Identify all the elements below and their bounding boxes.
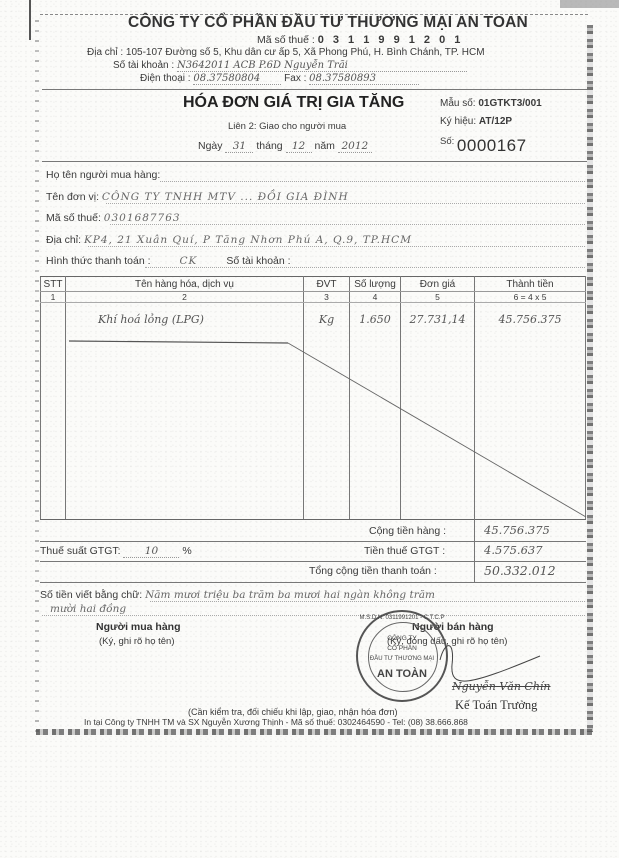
buyer-address-field: Địa chỉ: KP4, 21 Xuân Quí, P Tăng Nhơn P…	[46, 234, 412, 246]
stamp-line3: ĐẦU TƯ THƯƠNG MẠI	[358, 656, 446, 662]
colnum: 6 = 4 x 5	[475, 292, 586, 303]
buyer-tax-label: Mã số thuế:	[46, 212, 101, 224]
divider	[42, 89, 587, 90]
vat-label: Tiền thuế GTGT :	[364, 545, 445, 557]
dotted-line	[145, 267, 585, 268]
stamp-line1: CÔNG TY	[358, 635, 446, 642]
colnum: 4	[350, 292, 401, 303]
dotted-line	[106, 203, 585, 204]
items-table: STT Tên hàng hóa, dịch vụ ĐVT Số lượng Đ…	[40, 276, 586, 520]
divider	[40, 561, 586, 562]
company-name: CÔNG TY CỔ PHẦN ĐẦU TƯ THƯƠNG MẠI AN TOA…	[128, 14, 528, 32]
symbol-label: Ký hiệu:	[440, 116, 476, 127]
stamp-line4: AN TOÀN	[358, 668, 446, 680]
buyer-signature-note: (Ký, ghi rõ họ tên)	[99, 636, 175, 647]
printer-info: In tại Công ty TNHH TM và SX Nguyễn Xươn…	[84, 717, 468, 727]
buyer-tax-field: Mã số thuế: 0301687763	[46, 212, 181, 224]
cell-amount: 45.756.375	[475, 303, 586, 336]
seller-tax-value: 0 3 1 1 9 9 1 2 0 1	[318, 34, 464, 46]
month-label: tháng	[256, 140, 282, 152]
total-value: 50.332.012	[484, 563, 556, 578]
vat-rate-label: Thuế suất GTGT:	[40, 545, 121, 557]
year-label: năm	[314, 140, 334, 152]
invoice-date: Ngày 31 tháng 12 năm 2012	[198, 140, 372, 153]
number-label: Số:	[440, 136, 454, 147]
fax-value: 08.37580893	[309, 73, 419, 85]
buyer-unit-value: CÔNG TY TNHH MTV ... ĐỒI GIA ĐÌNH	[102, 191, 349, 203]
payment-value: CK	[153, 255, 223, 267]
scan-edge-left	[29, 0, 31, 40]
border-left	[35, 20, 39, 735]
form-value: 01GTKT3/001	[478, 98, 541, 109]
vat-rate-value: 10	[123, 545, 179, 558]
words-line2: mười hai đồng	[50, 603, 126, 615]
payment-label: Hình thức thanh toán :	[46, 255, 151, 267]
empty-rows	[41, 335, 586, 520]
header-stt: STT	[41, 277, 66, 292]
totals-column-divider	[474, 518, 475, 582]
scan-edge	[560, 0, 619, 8]
subtotal-label: Cộng tiền hàng :	[369, 525, 446, 537]
symbol-value: AT/12P	[479, 116, 512, 127]
cell-unit: Kg	[304, 303, 350, 336]
phone-value: 08.37580804	[193, 73, 281, 85]
colnum: 1	[41, 292, 66, 303]
cell-name: Khí hoá lỏng (LPG)	[66, 303, 304, 336]
month-value: 12	[286, 140, 312, 153]
vat-rate: Thuế suất GTGT: 10 %	[40, 545, 192, 558]
invoice-number: Số: 0000167	[440, 136, 527, 156]
invoice-title: HÓA ĐƠN GIÁ TRỊ GIA TĂNG	[183, 94, 404, 112]
payment-field: Hình thức thanh toán : CK Số tài khoản :	[46, 255, 291, 267]
buyer-unit-field: Tên đơn vị: CÔNG TY TNHH MTV ... ĐỒI GIA…	[46, 191, 349, 203]
seller-tax-code: Mã số thuế : 0 3 1 1 9 9 1 2 0 1	[257, 34, 463, 46]
dotted-line	[42, 615, 585, 616]
decorative-border-bottom	[36, 729, 592, 735]
header-amount: Thành tiền	[475, 277, 586, 292]
table-header-row: STT Tên hàng hóa, dịch vụ ĐVT Số lượng Đ…	[41, 277, 586, 292]
seller-account-value: N3642011 ACB P.6D Nguyễn Trãi	[177, 60, 467, 72]
header-price: Đơn giá	[401, 277, 475, 292]
colnum: 3	[304, 292, 350, 303]
buyer-unit-label: Tên đơn vị:	[46, 191, 99, 203]
verification-note: (Cần kiểm tra, đối chiếu khi lập, giao, …	[188, 707, 398, 717]
seller-account: Số tài khoản : N3642011 ACB P.6D Nguyễn …	[113, 60, 467, 72]
subtotal-value: 45.756.375	[484, 523, 550, 537]
buyer-name-field: Họ tên người mua hàng:	[46, 169, 160, 181]
total-label: Tổng cộng tiền thanh toán :	[309, 565, 437, 577]
day-label: Ngày	[198, 140, 223, 152]
buyer-tax-value: 0301687763	[104, 212, 181, 224]
divider	[42, 161, 587, 162]
buyer-signature-title: Người mua hàng	[96, 621, 181, 633]
seller-address: Địa chỉ : 105-107 Đường số 5, Khu dân cư…	[87, 47, 485, 58]
signer-role: Kế Toán Trưởng	[455, 698, 537, 713]
dotted-line	[110, 224, 585, 225]
seller-tax-label: Mã số thuế :	[257, 34, 315, 46]
stamp-line2: CỔ PHẦN	[358, 645, 446, 652]
buyer-address-label: Địa chỉ:	[46, 234, 81, 246]
day-value: 31	[225, 140, 253, 153]
words-line1: Năm mươi triệu ba trăm ba mươi hai ngàn …	[145, 589, 435, 601]
invoice-symbol: Ký hiệu: AT/12P	[440, 116, 512, 127]
header-qty: Số lượng	[350, 277, 401, 292]
cell-price: 27.731,14	[401, 303, 475, 336]
number-value: 0000167	[457, 136, 527, 155]
header-name: Tên hàng hóa, dịch vụ	[66, 277, 304, 292]
divider	[40, 582, 586, 583]
table-row: Khí hoá lỏng (LPG) Kg 1.650 27.731,14 45…	[41, 303, 586, 336]
dotted-line	[150, 601, 585, 602]
form-number: Mẫu số: 01GTKT3/001	[440, 98, 542, 109]
invoice-copy: Liên 2: Giao cho người mua	[228, 121, 346, 132]
stamp-ring-text: M.S.D.N: 0311991201 - C.T.C.P	[358, 615, 446, 621]
colnum: 2	[66, 292, 304, 303]
vat-rate-unit: %	[182, 545, 191, 557]
words-label: Số tiền viết bằng chữ:	[40, 589, 142, 601]
decorative-border-right	[587, 25, 593, 732]
company-stamp: M.S.D.N: 0311991201 - C.T.C.P CÔNG TY CỔ…	[356, 610, 448, 702]
form-label: Mẫu số:	[440, 98, 476, 109]
year-value: 2012	[338, 140, 372, 153]
amount-in-words-line2: mười hai đồng	[50, 603, 126, 615]
amount-in-words: Số tiền viết bằng chữ: Năm mươi triệu ba…	[40, 589, 435, 601]
seller-account-label: Số tài khoản :	[113, 60, 174, 71]
header-unit: ĐVT	[304, 277, 350, 292]
dotted-line	[88, 246, 585, 247]
divider	[40, 541, 586, 542]
cell-stt	[41, 303, 66, 336]
column-number-row: 1 2 3 4 5 6 = 4 x 5	[41, 292, 586, 303]
signer-name: Nguyễn Văn Chín	[452, 680, 551, 693]
buyer-address-value: KP4, 21 Xuân Quí, P Tăng Nhơn Phú A, Q.9…	[84, 234, 412, 246]
cell-qty: 1.650	[350, 303, 401, 336]
fax-label: Fax :	[284, 73, 306, 84]
buyer-name-label: Họ tên người mua hàng:	[46, 169, 160, 181]
vat-value: 4.575.637	[484, 543, 543, 557]
seller-phone: Điện thoại : 08.37580804 Fax : 08.375808…	[140, 73, 419, 85]
colnum: 5	[401, 292, 475, 303]
buyer-account-label: Số tài khoản :	[226, 255, 290, 267]
dotted-line	[160, 181, 585, 182]
phone-label: Điện thoại :	[140, 73, 191, 84]
